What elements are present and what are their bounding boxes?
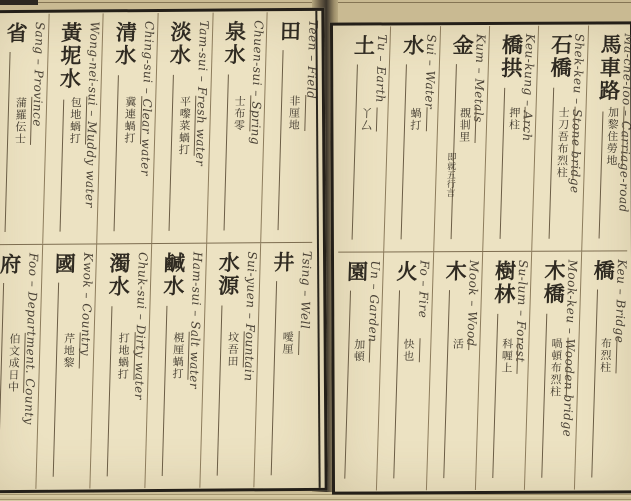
entry-cell: 清水 Ching-sui – Clear water 冀連蝸打	[97, 13, 158, 244]
entry-phonetic-chinese: 活	[449, 338, 469, 350]
entry-filler-line	[443, 290, 450, 478]
entry-headword-hanzi: 淡水	[164, 21, 195, 67]
entry-filler-line	[344, 291, 351, 479]
entry-phonetic-chinese: 士刀吾布烈柱	[553, 107, 575, 179]
entry-phonetic-chinese: 蒲羅伝士	[11, 97, 32, 145]
entry-phonetic-chinese: 加頓	[350, 338, 371, 362]
page-left-columns: 田 Teen – Field 非厘地 泉水 Chuen-sui – Spring…	[0, 12, 322, 489]
entry-cell: 木 Mook – Wood 活	[426, 252, 483, 490]
entry-phonetic-chinese: 冀連蝸打	[121, 96, 142, 144]
entry-cell: 濁水 Chuk-sui – Dirty water 打地蝸打	[90, 244, 151, 488]
entry-cell: 鹹水 Ham-sui – Salt water 梘厘蝸打	[144, 244, 205, 488]
entry-headword-hanzi: 府	[0, 253, 25, 276]
entry-filler-line	[591, 290, 598, 478]
entry-cell: 泉水 Chuen-sui – Spring 士布零	[206, 12, 267, 243]
entry-cell: 水 Sui – Water 蝸打	[384, 26, 440, 251]
entry-filler-line	[394, 290, 401, 478]
entry-cell: 國 Kwok – Country 芹地黎	[35, 245, 96, 489]
entry-filler-line	[492, 314, 498, 478]
entry-phonetic-chinese: 梘厘蝸打	[169, 332, 190, 380]
entry-headword-hanzi: 省	[1, 22, 32, 45]
entry-filler-line	[114, 75, 119, 231]
entry-filler-line	[352, 65, 358, 240]
entry-cell: 淡水 Tam-sui – Fresh water 平嚟菜蝸打	[151, 13, 212, 244]
book-spread-scan: 田 Teen – Field 非厘地 泉水 Chuen-sui – Spring…	[0, 0, 631, 501]
entry-cell: 土 Tu – Earth 丫厶	[335, 26, 390, 251]
entry-romanization-english: Teen – Field	[304, 20, 320, 100]
entry-romanization-english: Keu – Bridge	[612, 259, 629, 343]
entry-headword-hanzi: 國	[49, 253, 80, 276]
entry-cell: 橋拱 Keu-kung – Arch 押柱	[482, 26, 538, 251]
page-right-columns: 馬車路 Ma-che-loo – Carriage-road 加黎住勞地 石橋 …	[328, 25, 631, 490]
entry-filler-line	[598, 111, 603, 238]
entry-headword-hanzi: 田	[274, 20, 305, 43]
entry-phonetic-chinese: 加黎住勞地	[603, 106, 625, 166]
entry-cell: 火 Fo – Fire 快也	[376, 252, 433, 490]
entry-cell: 井 Tsing – Well 噯厘	[254, 243, 315, 487]
entry-filler-line	[278, 50, 284, 230]
entry-filler-line	[5, 52, 11, 232]
page-left: 田 Teen – Field 非厘地 泉水 Chuen-sui – Spring…	[0, 8, 328, 493]
entry-cell: 橋 Keu – Bridge 布烈柱	[574, 251, 631, 489]
entry-row: 橋 Keu – Bridge 布烈柱 木橋 Mook-keu – Wooden …	[328, 251, 630, 490]
entry-cell: 水源 Sui-yuen – Fountain 坟吾田	[199, 244, 260, 488]
entry-filler-line	[500, 88, 506, 239]
entry-phonetic-chinese: 覠剕里	[456, 107, 477, 143]
entry-headword-hanzi: 泉水	[219, 20, 250, 66]
entry-cell: 金 Kum – Metals 覠剕里 即就五行言	[433, 26, 489, 251]
entry-romanization-english: Tsing – Well	[298, 251, 314, 329]
entry-phonetic-chinese: 噯厘	[279, 331, 300, 355]
entry-row: 井 Tsing – Well 噯厘 水源 Sui-yuen – Fountain…	[0, 243, 315, 489]
entry-phonetic-chinese: 押柱	[505, 107, 526, 131]
entry-filler-line	[107, 307, 113, 477]
entry-romanization-english: Kwok – Country	[78, 253, 95, 357]
entry-phonetic-chinese: 士布零	[230, 95, 251, 131]
entry-filler-line	[216, 306, 222, 476]
entry-cell: 黃坭水 Wong-nei-sui – Muddy water 包地蝸打	[42, 13, 103, 244]
entry-phonetic-chinese: 非厘地	[285, 95, 306, 131]
page-right: 馬車路 Ma-che-loo – Carriage-road 加黎住勞地 石橋 …	[330, 21, 631, 494]
entry-cell: 省 Sang – Province 蒲羅伝士	[0, 14, 48, 245]
entry-headword-hanzi: 水源	[212, 252, 243, 298]
entry-cell: 木橋 Mook-keu – Wooden bridge 喎頓布烈柱	[524, 252, 581, 490]
entry-filler-line	[271, 282, 277, 476]
entry-romanization-english: Tam-sui – Fresh water	[193, 21, 211, 167]
entry-phonetic-chinese: 蝸打	[407, 107, 428, 131]
entry-filler-line	[52, 283, 58, 477]
entry-phonetic-chinese: 打地蝸打	[114, 332, 135, 380]
entry-headword-hanzi: 濁水	[103, 253, 134, 299]
entry-romanization-english: Chuen-sui – Spring	[248, 20, 265, 145]
entry-row: 馬車路 Ma-che-loo – Carriage-road 加黎住勞地 石橋 …	[335, 25, 631, 251]
entry-phonetic-chinese: 平嚟菜蝸打	[175, 96, 197, 156]
entry-headword-hanzi: 鹹水	[158, 252, 189, 298]
entry-romanization-english: Sang – Province	[30, 22, 47, 127]
entry-cell: 石橋 Shek-keu – Stone bridge 士刀吾布烈柱	[532, 26, 588, 251]
entry-romanization-english: Mook – Wood	[464, 260, 481, 347]
entry-romanization-english: Ham-sui – Salt water	[187, 252, 205, 389]
entry-filler-line	[223, 74, 228, 230]
entry-romanization-english: Tu – Earth	[373, 34, 389, 103]
entry-cell: 樹林 Su-lum – Forest 科喱上	[475, 252, 532, 490]
entry-filler-line	[0, 283, 4, 477]
entry-row: 田 Teen – Field 非厘地 泉水 Chuen-sui – Spring…	[0, 12, 322, 245]
entry-note-chinese: 即就五行言	[443, 152, 457, 197]
entry-filler-line	[169, 75, 174, 231]
entry-phonetic-chinese: 科喱上	[498, 338, 519, 374]
entry-phonetic-chinese: 快也	[400, 338, 421, 362]
entry-filler-line	[162, 306, 168, 476]
entry-romanization-english: Fo – Fire	[416, 260, 432, 318]
entry-phonetic-chinese: 布烈柱	[596, 337, 617, 373]
entry-romanization-english: Chuk-sui – Dirty water	[132, 252, 150, 400]
entry-cell: 田 Teen – Field 非厘地	[261, 12, 322, 243]
entry-headword-hanzi: 黃坭水	[54, 21, 86, 90]
entry-phonetic-chinese: 包地蝸打	[66, 96, 87, 144]
entry-romanization-english: Un – Garden	[366, 260, 383, 342]
entry-cell: 府 Foo – Department. County 伯文成日中	[0, 245, 42, 489]
entry-cell: 馬車路 Ma-che-loo – Carriage-road 加黎住勞地	[581, 25, 631, 250]
entry-romanization-english: Sui-yuen – Fountain	[242, 252, 260, 382]
corner-smudge	[0, 0, 38, 5]
entry-phonetic-chinese: 丫厶	[357, 107, 378, 131]
entry-headword-hanzi: 井	[268, 251, 299, 274]
entry-filler-line	[59, 100, 64, 232]
entry-filler-line	[401, 64, 407, 239]
entry-phonetic-chinese: 喎頓布烈柱	[546, 337, 568, 397]
entry-phonetic-chinese: 伯文成日中	[4, 333, 26, 393]
entry-cell: 園 Un – Garden 加頓	[328, 252, 384, 490]
entry-phonetic-chinese: 坟吾田	[224, 331, 245, 367]
entry-romanization-english: Sui – Water	[422, 34, 438, 109]
entry-phonetic-chinese: 芹地黎	[60, 333, 81, 369]
entry-headword-hanzi: 清水	[109, 21, 140, 67]
